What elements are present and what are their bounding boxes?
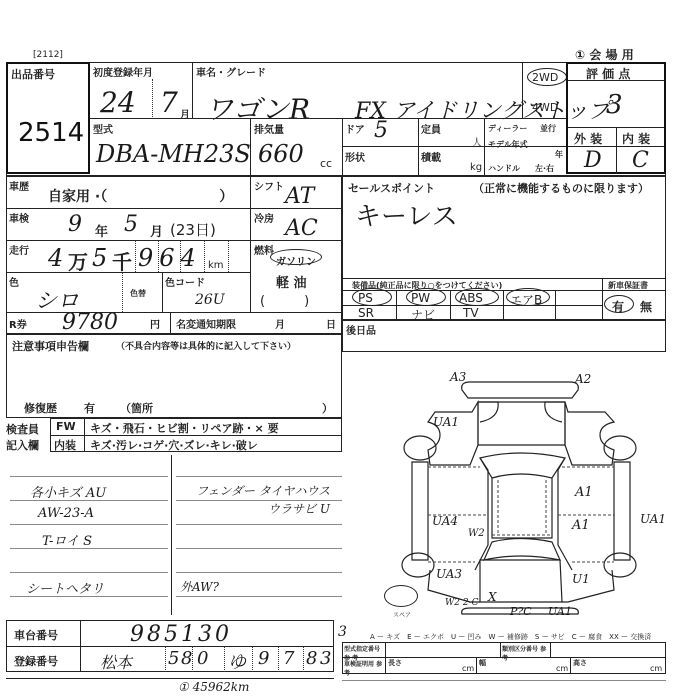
score-box: 評 価 点 3 外 装 内 装 D C bbox=[566, 62, 666, 174]
divider bbox=[84, 418, 85, 452]
inspection-month-unit: 月 bbox=[150, 221, 163, 240]
divider bbox=[616, 127, 617, 174]
plate-class-1: 5 bbox=[168, 648, 179, 669]
recycle-value: 9780 bbox=[62, 310, 118, 335]
later-items-frame bbox=[342, 320, 666, 352]
warranty-yes-circle bbox=[604, 295, 634, 313]
fw-items: キズ・飛石・ヒビ割・リペア跡・× 要 bbox=[90, 420, 279, 436]
capacity-label: 定員 bbox=[421, 121, 441, 136]
warranty-no: 無 bbox=[640, 298, 652, 315]
divider bbox=[450, 290, 451, 320]
spare-tire-icon bbox=[384, 585, 418, 607]
damage-mark-x: X bbox=[488, 590, 497, 604]
inspector-note-left-3: T-ロイ S bbox=[42, 530, 92, 549]
divider bbox=[568, 146, 664, 147]
car-name-label: 車名・グレード bbox=[196, 64, 266, 79]
inspection-year: 9 bbox=[68, 212, 82, 237]
damage-mark-ua1-rear: UA1 bbox=[548, 605, 572, 618]
first-reg-label: 初度登録年月 bbox=[93, 64, 153, 79]
plate-digit-1: 9 bbox=[258, 648, 269, 669]
repair-place-close: ） bbox=[322, 400, 333, 416]
mileage-man-unit: 万 bbox=[68, 246, 88, 275]
inspection-label: 車検 bbox=[9, 210, 29, 225]
interior-score: C bbox=[632, 148, 649, 173]
divider bbox=[522, 62, 523, 118]
fuel-selected-circle bbox=[270, 249, 322, 265]
plate-digit-3: 8 bbox=[306, 648, 317, 669]
divider bbox=[122, 272, 123, 312]
aircon-label: 冷房 bbox=[254, 210, 274, 225]
plate-digit-2: 7 bbox=[283, 648, 294, 669]
model-code-label: 型式 bbox=[93, 121, 113, 136]
interior-items: キズ·汚レ·コゲ·穴·ズレ·キレ·破レ bbox=[90, 437, 258, 453]
equip-sr: SR bbox=[358, 306, 374, 320]
mileage-unit: km bbox=[208, 260, 224, 271]
divider bbox=[342, 290, 666, 291]
inspector-note-right-1: フェンダー タイヤハウス bbox=[196, 482, 330, 499]
divider bbox=[135, 240, 136, 272]
drive-4wd: 4WD bbox=[532, 101, 558, 114]
divider bbox=[204, 240, 205, 272]
equip-airbag-circle bbox=[506, 288, 550, 306]
notes-label: 注意事項申告欄 bbox=[12, 338, 89, 354]
model-year-label: モデル年式 bbox=[488, 139, 528, 150]
equip-abs-circle bbox=[455, 288, 499, 306]
bottom-mileage-note: ① 45962km bbox=[178, 680, 249, 694]
width-label: 幅 bbox=[479, 658, 486, 668]
divider bbox=[484, 118, 485, 176]
divider bbox=[80, 620, 81, 672]
damage-mark-ua3: UA3 bbox=[436, 567, 462, 581]
aircon-value: AC bbox=[285, 216, 318, 241]
chassis-number-label: 車台番号 bbox=[14, 627, 58, 643]
plate-digit-4: 3 bbox=[320, 648, 331, 669]
inspector-note-left-5: シートヘタリ bbox=[26, 578, 104, 597]
divider bbox=[500, 642, 501, 657]
sales-point-note: （正常に機能するものに限ります） bbox=[473, 180, 649, 196]
load-unit: kg bbox=[470, 162, 482, 173]
model-code-value: DBA-MH23S bbox=[96, 140, 251, 168]
inspection-year-unit: 年 bbox=[95, 221, 108, 240]
form-code: [2112] bbox=[33, 50, 63, 60]
divider bbox=[171, 455, 172, 615]
later-items-label: 後日品 bbox=[346, 322, 376, 337]
equip-pw-circle bbox=[406, 288, 446, 306]
color-code-value: 26U bbox=[195, 292, 225, 308]
mileage-sen-unit: 千 bbox=[112, 246, 132, 275]
inspection-month: 5 bbox=[124, 212, 138, 237]
damage-mark-a1-right-rear: A1 bbox=[572, 518, 590, 533]
rule-line bbox=[176, 572, 342, 573]
score-value: 3 bbox=[606, 90, 623, 120]
divider bbox=[228, 240, 229, 272]
name-change-deadline-label: 名変通知期限 bbox=[176, 316, 236, 331]
divider bbox=[162, 272, 163, 312]
interior-label: 内 装 bbox=[622, 130, 650, 147]
displacement-label: 排気量 bbox=[254, 121, 284, 136]
mileage-rest: 964 bbox=[138, 244, 202, 272]
inspector-label-2: 記入欄 bbox=[6, 437, 39, 453]
divider bbox=[342, 278, 666, 279]
divider bbox=[6, 678, 334, 679]
plate-area: 松本 bbox=[100, 650, 132, 673]
divider bbox=[252, 646, 253, 672]
color-label: 色 bbox=[9, 274, 19, 289]
fuel-diesel: 軽 油 bbox=[276, 272, 307, 291]
inspector-note-left-1: 各小キズ AU bbox=[30, 482, 106, 501]
equip-tv: TV bbox=[463, 306, 479, 320]
divider bbox=[568, 80, 664, 81]
equip-ps-circle bbox=[352, 288, 392, 306]
divider bbox=[503, 290, 504, 320]
height-unit: cm bbox=[650, 664, 662, 673]
handle-label: ハンドル bbox=[488, 163, 520, 174]
venue-use-label: ① 会 場 用 bbox=[575, 46, 634, 63]
damage-mark-a1-right-front: A1 bbox=[575, 485, 593, 500]
divider bbox=[90, 118, 566, 119]
divider bbox=[192, 62, 193, 118]
damage-mark-p: P?C bbox=[510, 605, 532, 618]
shift-value: AT bbox=[285, 184, 314, 209]
first-reg-year: 24 bbox=[100, 86, 136, 119]
rule-line bbox=[10, 572, 168, 573]
class-no-label: 類別区分番号 参 考 bbox=[502, 644, 548, 662]
plate-class-3: 0 bbox=[197, 648, 208, 669]
height-label: 高さ bbox=[573, 658, 587, 668]
divider bbox=[170, 312, 171, 334]
divider bbox=[250, 176, 251, 312]
recycle-unit: 円 bbox=[150, 316, 160, 331]
width-unit: cm bbox=[556, 664, 568, 673]
drive-2wd: 2WD bbox=[532, 71, 558, 84]
divider bbox=[418, 118, 419, 176]
inspector-note-right-5: 外AW? bbox=[180, 578, 219, 595]
repair-history-label: 修復歴 bbox=[24, 400, 57, 416]
displacement-unit: cc bbox=[320, 157, 332, 170]
divider bbox=[396, 290, 397, 320]
model-year-unit: 年 bbox=[555, 149, 563, 160]
inspector-label-1: 検査員 bbox=[6, 421, 39, 437]
body-shape-label: 形状 bbox=[345, 149, 365, 164]
divider bbox=[278, 646, 279, 672]
rule-line bbox=[176, 596, 342, 597]
damage-mark-w2: W2 bbox=[468, 528, 485, 539]
parallel-label: 並行 bbox=[540, 123, 556, 134]
divider bbox=[555, 290, 556, 320]
damage-mark-ua1-right: UA1 bbox=[640, 512, 666, 526]
displacement-value: 660 bbox=[258, 140, 304, 168]
deadline-day-unit: 日 bbox=[326, 316, 336, 331]
fw-label: FW bbox=[56, 420, 76, 433]
divider bbox=[550, 642, 551, 657]
recycle-label: R券 bbox=[9, 316, 27, 331]
divider bbox=[570, 657, 571, 674]
mileage-sen: 5 bbox=[92, 244, 107, 272]
divider bbox=[385, 642, 386, 674]
damage-mark-a3: A3 bbox=[450, 370, 466, 384]
sales-point-value: キーレス bbox=[355, 196, 458, 233]
chassis-number-value: 985130 bbox=[130, 622, 232, 647]
mileage-man: 4 bbox=[48, 244, 63, 272]
divider bbox=[303, 646, 304, 672]
dealer-label: ディーラー bbox=[488, 123, 527, 134]
length-label: 長さ bbox=[388, 658, 402, 668]
divider bbox=[342, 680, 666, 681]
divider bbox=[224, 646, 225, 672]
repair-history-has: 有 bbox=[84, 400, 95, 416]
plate-number-label: 登録番号 bbox=[14, 653, 58, 669]
first-reg-month: 7 bbox=[160, 86, 178, 119]
history-label: 車歴 bbox=[9, 178, 29, 193]
damage-mark-ua4: UA4 bbox=[432, 514, 458, 528]
notes-hint: （不具合内容等は具体的に記入して下さい） bbox=[116, 339, 296, 352]
damage-mark-ua1-front-left: UA1 bbox=[433, 415, 459, 429]
lot-number-value: 2514 bbox=[18, 118, 84, 148]
rule-line bbox=[10, 524, 168, 525]
inspection-day: (23日) bbox=[170, 219, 216, 240]
divider bbox=[250, 118, 251, 176]
rule-line bbox=[176, 476, 342, 477]
plate-class-2: 8 bbox=[181, 648, 192, 669]
rule-line bbox=[176, 548, 342, 549]
fuel-other: ( ) bbox=[260, 290, 309, 309]
sales-point-label: セールスポイント bbox=[348, 180, 435, 196]
inspector-note-right-2: ウラサビ U bbox=[268, 500, 330, 517]
deadline-month-unit: 月 bbox=[275, 316, 285, 331]
cert-label: 車検証明用 参 考 bbox=[344, 659, 384, 677]
lot-number-box: 出品番号 2514 bbox=[6, 62, 90, 174]
door-label: ドア bbox=[345, 121, 365, 136]
length-unit: cm bbox=[462, 664, 474, 673]
inspector-note-left-2: AW-23-A bbox=[38, 506, 94, 521]
damage-legend: A ー キズ E ー エクボ U ー 凹み W ー 補修跡 S ー サビ C ー… bbox=[370, 632, 651, 642]
spare-label: スペア bbox=[393, 610, 411, 619]
plate-kana: ゆ bbox=[228, 648, 246, 674]
divider bbox=[476, 657, 477, 674]
lot-number-label: 出品番号 bbox=[11, 66, 55, 82]
divider bbox=[342, 118, 343, 176]
divider bbox=[342, 146, 566, 147]
load-label: 積載 bbox=[421, 149, 441, 164]
color-code-label: 色コード bbox=[165, 274, 205, 289]
color-change-label: 色替 bbox=[130, 288, 146, 299]
damage-mark-u1: U1 bbox=[572, 572, 590, 586]
door-value: 5 bbox=[374, 118, 388, 143]
divider bbox=[602, 278, 603, 320]
exterior-label: 外 装 bbox=[574, 130, 602, 147]
history-value: 自家用 ·（ ） bbox=[48, 186, 233, 206]
shift-label: シフト bbox=[254, 178, 284, 193]
divider bbox=[152, 79, 153, 117]
handle-options: 左·右 bbox=[535, 163, 554, 174]
damage-mark-a2: A2 bbox=[575, 372, 591, 386]
damage-mark-bumper-left: W2 2-C bbox=[445, 598, 479, 608]
mileage-label: 走行 bbox=[9, 242, 29, 257]
chassis-mark: 3 bbox=[338, 624, 347, 640]
repair-place-label: （箇所 bbox=[120, 400, 153, 416]
rule-line bbox=[10, 476, 168, 477]
interior-code-label: 内装 bbox=[54, 437, 76, 453]
exterior-score: D bbox=[584, 148, 602, 173]
divider bbox=[165, 646, 166, 672]
rule-line bbox=[176, 524, 342, 525]
